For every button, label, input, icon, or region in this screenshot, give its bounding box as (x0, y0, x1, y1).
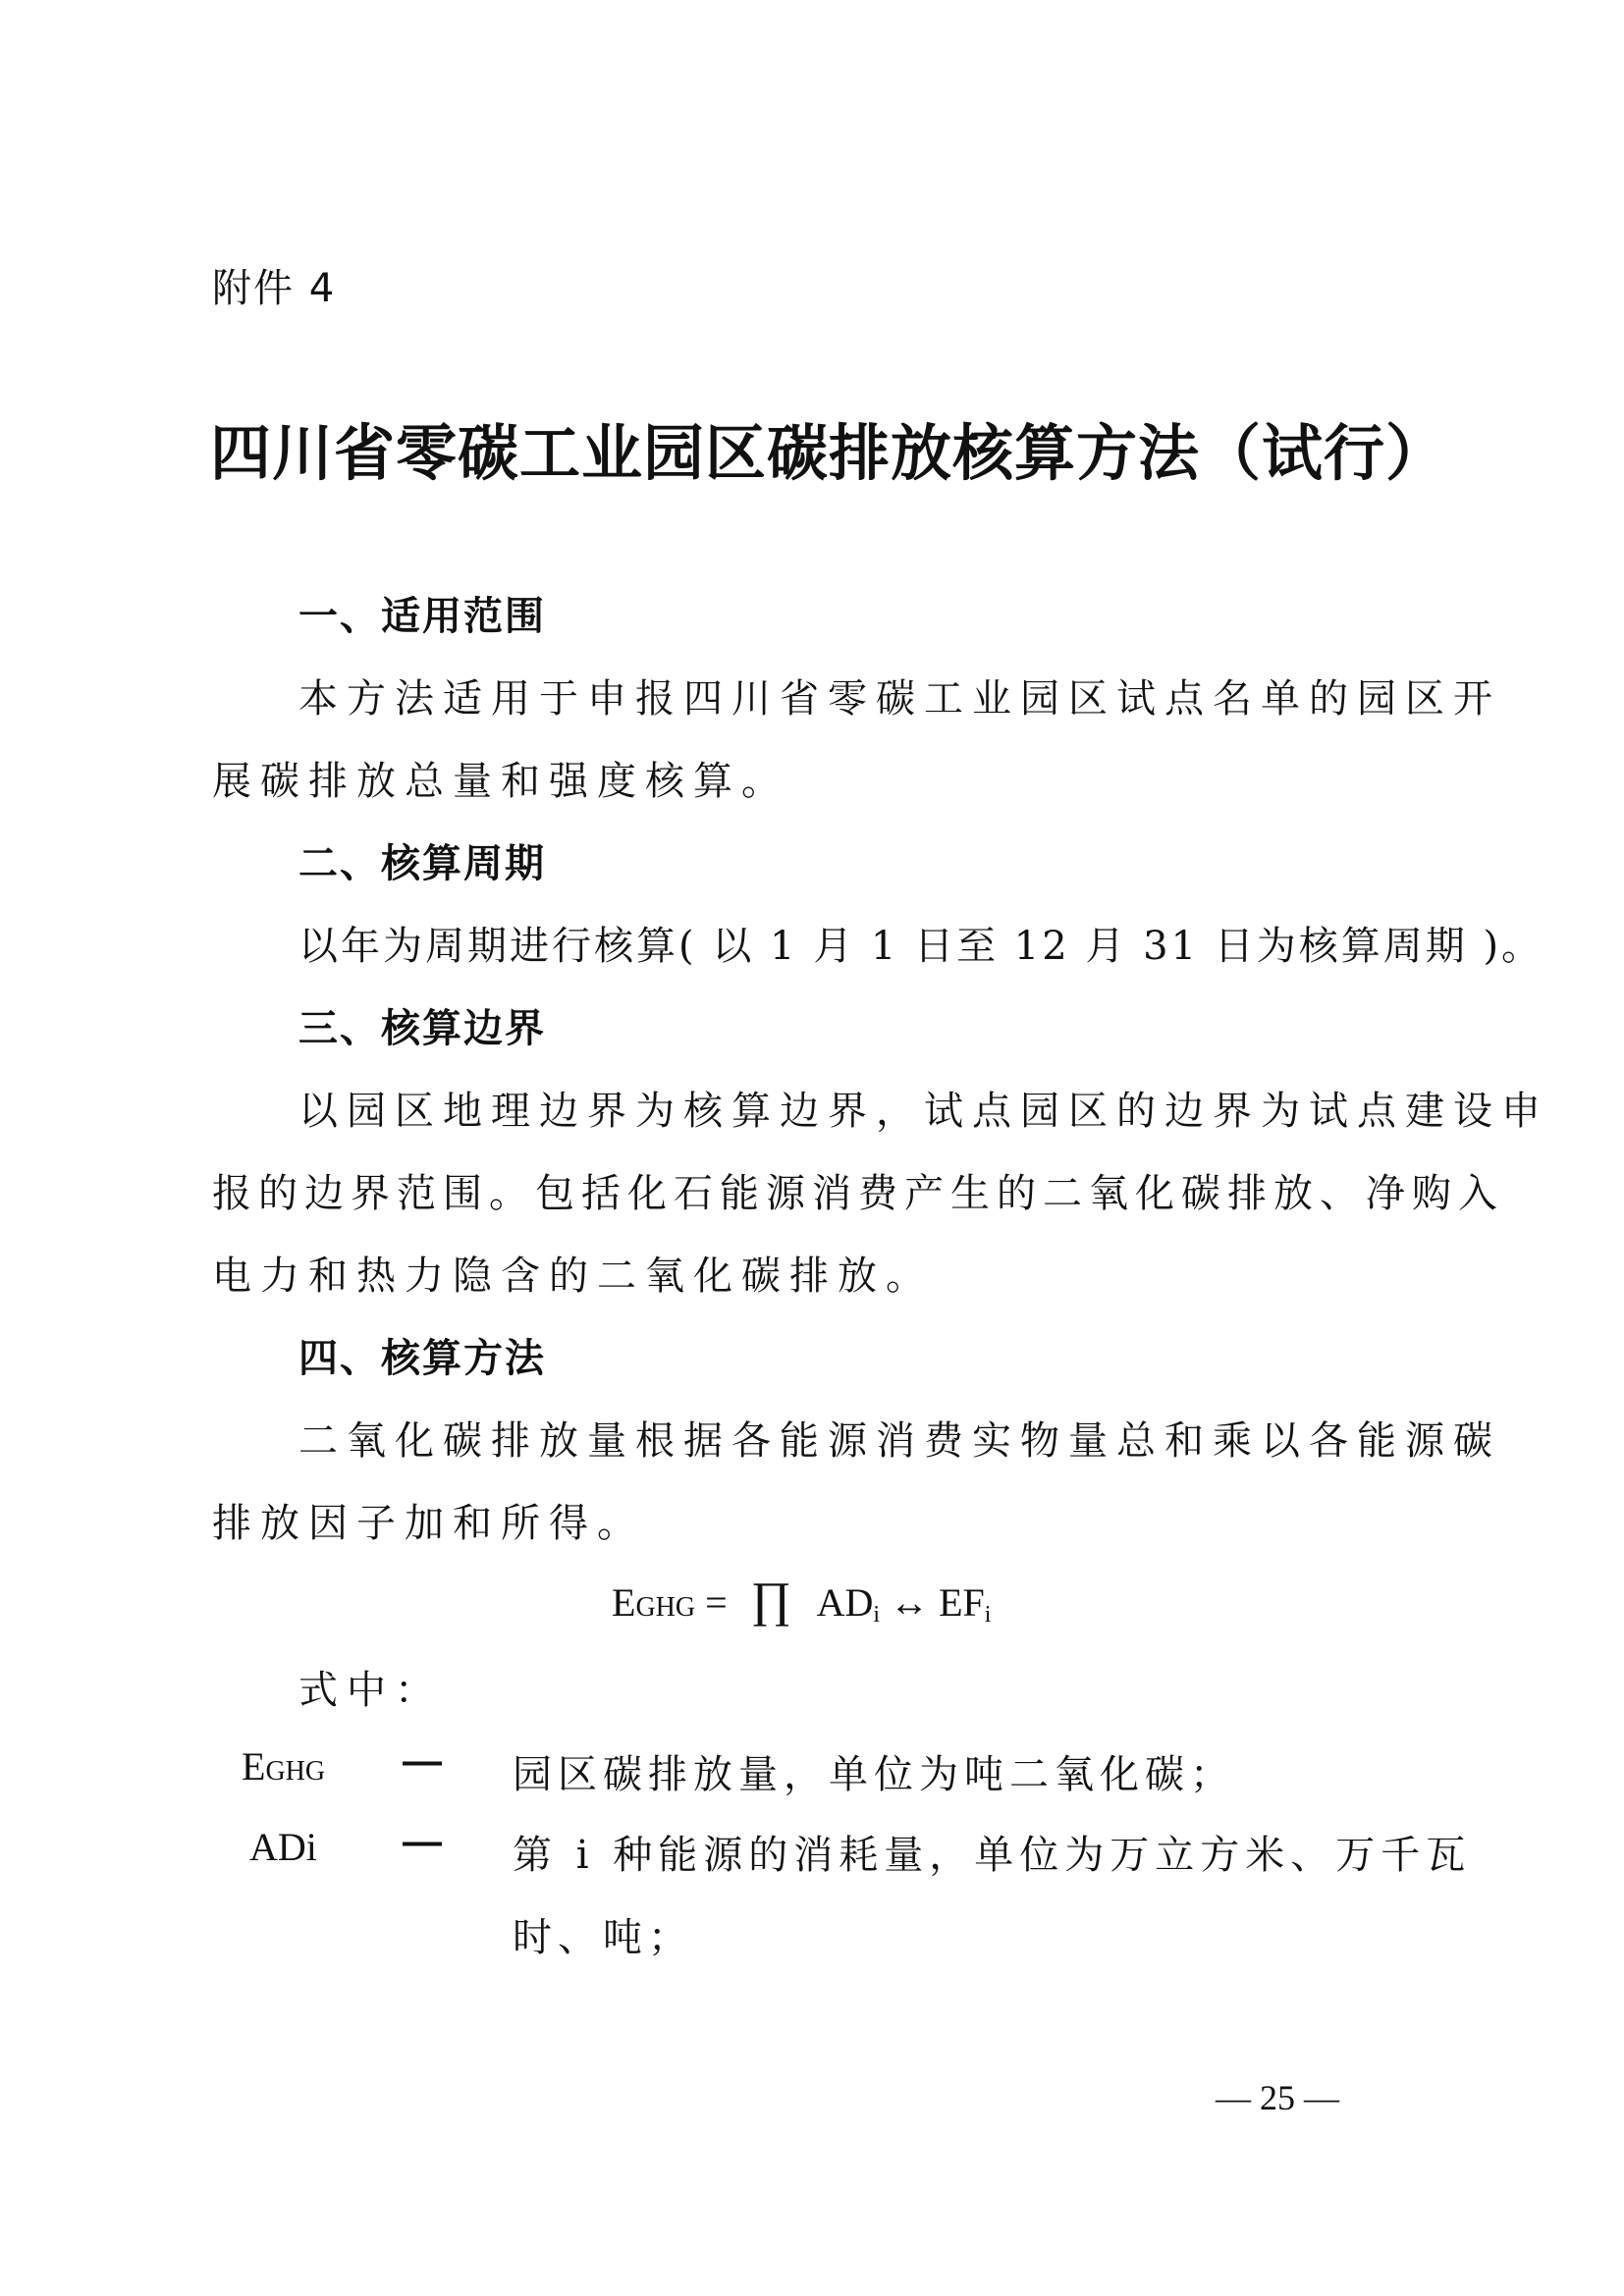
formula-lhs: E (612, 1580, 635, 1625)
formula-term-ad-subscript: i (873, 1602, 880, 1628)
page-number: — 25 — (1216, 2077, 1339, 2118)
paragraph-line: 报的边界范围。包括化石能源消费产生的二氧化碳排放、净购入 (212, 1162, 1504, 1218)
formula-relation-arrow-icon: ↔ (890, 1580, 929, 1625)
formula-equals: = (705, 1580, 728, 1625)
section-heading-scope: 一、适用范围 (298, 585, 546, 641)
definition-symbol-adi: ADi (249, 1824, 317, 1870)
where-label: 式中： (298, 1659, 443, 1715)
product-operator-icon: ∏ (751, 1572, 791, 1627)
formula-term-ad: AD (817, 1580, 874, 1625)
definition-dash: — (403, 1739, 442, 1784)
symbol-subscript: GHG (265, 1756, 325, 1787)
paragraph-line: 展碳排放总量和强度核算。 (212, 750, 789, 806)
document-title: 四川省零碳工业园区碳排放核算方法（试行） (210, 404, 1447, 492)
section-heading-method: 四、核算方法 (298, 1327, 546, 1383)
symbol-main: ADi (249, 1825, 317, 1869)
attachment-label: 附件 4 (212, 257, 336, 313)
paragraph-line: 以园区地理边界为核算边界，试点园区的边界为试点建设申 (298, 1080, 1549, 1136)
paragraph-line: 电力和热力隐含的二氧化碳排放。 (212, 1245, 934, 1301)
definition-text: 第 i 种能源的消耗量，单位为万立方米、万千瓦 (513, 1824, 1471, 1880)
definition-dash: — (403, 1820, 442, 1864)
symbol-main: E (242, 1744, 265, 1789)
formula-term-ef: EF (939, 1580, 985, 1625)
definition-symbol-eghg: EGHG (242, 1743, 325, 1789)
paragraph-line: 二氧化碳排放量根据各能源消费实物量总和乘以各能源碳 (298, 1410, 1501, 1466)
paragraph-line: 排放因子加和所得。 (212, 1492, 645, 1548)
section-heading-boundary: 三、核算边界 (298, 997, 546, 1053)
definition-text-continued: 时、吨； (513, 1906, 693, 1962)
formula-lhs-subscript: GHG (635, 1592, 695, 1623)
emission-formula: EGHG = ∏ ADi ↔ EFi (612, 1571, 991, 1629)
formula-term-ef-subscript: i (985, 1602, 992, 1628)
definition-text: 园区碳排放量，单位为吨二氧化碳； (513, 1743, 1235, 1799)
paragraph-line: 本方法适用于申报四川省零碳工业园区试点名单的园区开 (298, 667, 1501, 723)
paragraph-line: 以年为周期进行核算( 以 1 月 1 日至 12 月 31 日为核算周期 )。 (298, 915, 1543, 971)
section-heading-period: 二、核算周期 (298, 832, 546, 888)
